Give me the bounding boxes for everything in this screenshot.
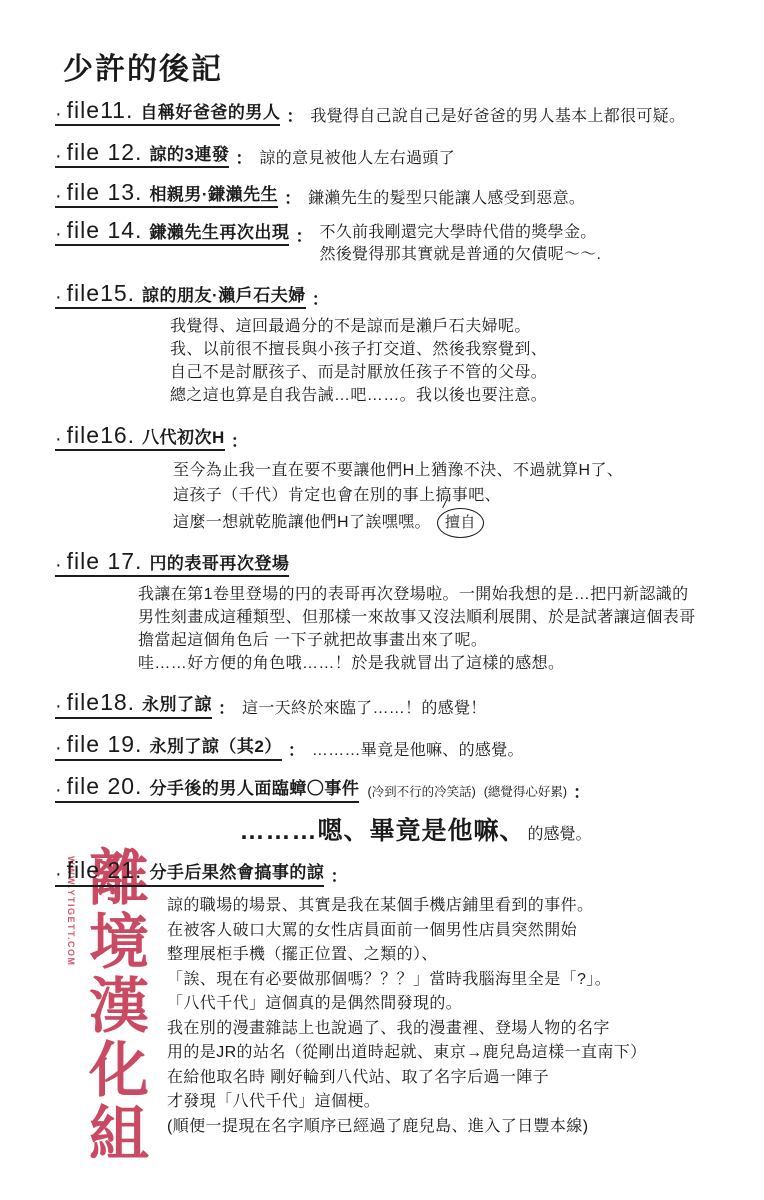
bullet-icon: · bbox=[55, 696, 62, 716]
entry-file11: · file11. 自稱好爸爸的男人 ： 我覺得自己說自己是好爸爸的男人基本上都… bbox=[55, 98, 736, 127]
bullet-icon: · bbox=[55, 224, 62, 244]
entry-file13: · file 13. 相親男·鎌瀨先生 ： 鎌瀨先生的髮型只能讓人感受到惡意。 bbox=[55, 180, 736, 209]
entry-file18: · file18. 永別了諒 ： 這一天終於來臨了……！的感覺！ bbox=[55, 690, 736, 719]
bullet-icon: · bbox=[55, 287, 62, 307]
comment-line: 不久前我剛還完大學時代借的獎學金。 bbox=[319, 222, 601, 244]
paragraph-line: 整理展柜手機（擺正位置、之類的）、 bbox=[167, 943, 736, 968]
colon: ： bbox=[312, 285, 329, 310]
entry-comment: ………畢竟是他嘛、的感覺。 bbox=[312, 737, 524, 760]
bullet-icon: · bbox=[55, 555, 62, 575]
file-label: file 14. bbox=[67, 218, 143, 243]
entry-paragraph: 我讓在第1卷里登場的円的表哥再次登場啦。一開始我想的是…把円新認識的 男性刻畫成… bbox=[138, 583, 736, 675]
entry-subtitle: 永別了諒（其2） bbox=[149, 732, 281, 757]
colon: ： bbox=[286, 102, 303, 127]
entry-file12: · file 12. 諒的3連發 ： 諒的意見被他人左右過頭了 bbox=[55, 140, 736, 169]
paragraph-line: 在被客人破口大罵的女性店員面前一個男性店員突然開始 bbox=[167, 919, 736, 944]
entry-heading: · file 20. 分手後的男人面臨蟑〇事件 bbox=[55, 774, 359, 802]
entry-big-comment: ………嗯、畢竟是他嘛、的感覺。 bbox=[155, 811, 676, 847]
colon: ： bbox=[218, 694, 235, 719]
paragraph-line: 男性刻畫成這種類型、但那樣一來故事又沒法順利展開、於是試著讓這個表哥 bbox=[138, 606, 736, 629]
bullet-icon: · bbox=[55, 738, 62, 758]
entry-comment: 諒的意見被他人左右過頭了 bbox=[259, 145, 455, 168]
colon: ： bbox=[295, 222, 312, 247]
bullet-icon: · bbox=[55, 864, 62, 884]
paragraph-line: 我覺得、這回最過分的不是諒而是瀨戶石夫婦呢。 bbox=[170, 315, 736, 338]
paragraph-line: 哇……好方便的角色哦……！於是我就冒出了這樣的感想。 bbox=[138, 652, 736, 675]
paragraph-line: 這麼一想就乾脆讓他們H了誒嘿嘿。擅自 bbox=[173, 508, 736, 538]
colon: ： bbox=[231, 427, 248, 452]
paragraph-line: 諒的職場的場景、其實是我在某個手機店鋪里看到的事件。 bbox=[167, 894, 736, 919]
paragraph-line: 自己不是討厭孩子、而是討厭放任孩子不管的父母。 bbox=[170, 361, 736, 384]
paragraph-line: 至今為止我一直在要不要讓他們H上猶豫不決、不過就算H了、 bbox=[173, 458, 736, 483]
paragraph-line: (順便一提現在名字順序已經過了鹿兒島、進入了日豐本線) bbox=[167, 1115, 736, 1140]
paragraph-line: 擔當起這個角色后 一下子就把故事畫出來了呢。 bbox=[138, 629, 736, 652]
file-label: file15. bbox=[67, 281, 135, 306]
paragraph-line: 總之這也算是自我告誡…吧……。我以後也要注意。 bbox=[170, 384, 736, 407]
file-label: file 12. bbox=[67, 140, 143, 165]
paragraph-line: 我在別的漫畫雜誌上也說過了、我的漫畫裡、登場人物的名字 bbox=[167, 1017, 736, 1042]
file-label: file11. bbox=[67, 98, 134, 123]
entry-comment: 不久前我剛還完大學時代借的獎學金。 然後覺得那其實就是普通的欠債呢～～. bbox=[319, 222, 601, 266]
afterword-page: WWW.YTIGETT.COM 離境漢化組 少許的後記 · file11. 自稱… bbox=[0, 0, 764, 1200]
colon: ： bbox=[288, 736, 305, 761]
file-label: file 20. bbox=[67, 774, 143, 799]
paragraph-line: 才發現「八代千代」這個梗。 bbox=[167, 1090, 736, 1115]
bullet-icon: · bbox=[55, 104, 62, 124]
colon: ： bbox=[284, 184, 301, 209]
entry-heading: · file15. 諒的朋友·瀨戶石夫婦 bbox=[55, 281, 306, 309]
paragraph-line: 我、以前很不擅長與小孩子打交道、然後我察覺到、 bbox=[170, 338, 736, 361]
paragraph-line: 「誒、現在有必要做那個嗎？？？」當時我腦海里全是「?」。 bbox=[167, 968, 736, 993]
entry-subtitle: 分手後的男人面臨蟑〇事件 bbox=[149, 774, 359, 799]
big-text: ………嗯、畢竟是他嘛、 bbox=[239, 817, 525, 845]
entry-file17: · file 17. 円的表哥再次登場 我讓在第1卷里登場的円的表哥再次登場啦。… bbox=[55, 549, 736, 675]
entry-heading: · file 19. 永別了諒（其2） bbox=[55, 732, 282, 760]
file-label: file 19. bbox=[67, 732, 143, 757]
colon: ： bbox=[235, 144, 252, 169]
entry-subtitle: 相親男·鎌瀨先生 bbox=[149, 180, 278, 205]
entry-file14: · file 14. 鎌瀨先生再次出現 ： 不久前我剛還完大學時代借的獎學金。 … bbox=[55, 218, 736, 266]
file-label: file 17. bbox=[67, 549, 143, 574]
entry-comment: 我覺得自己說自己是好爸爸的男人基本上都很可疑。 bbox=[310, 103, 685, 126]
entry-heading: · file 21. 分手后果然會搞事的諒 bbox=[55, 858, 324, 886]
entry-file20: · file 20. 分手後的男人面臨蟑〇事件 (冷到不行的冷笑話) (總覺得心… bbox=[55, 774, 736, 847]
entry-subtitle: 分手后果然會搞事的諒 bbox=[149, 858, 324, 883]
entry-heading: · file 12. 諒的3連發 bbox=[55, 140, 229, 168]
file-label: file 21. bbox=[67, 858, 143, 883]
entry-comment: 這一天終於來臨了……！的感覺！ bbox=[242, 695, 487, 718]
bullet-icon: · bbox=[55, 780, 62, 800]
entry-heading: · file16. 八代初次H bbox=[55, 423, 225, 451]
entry-note: (總覺得心好累) bbox=[484, 782, 567, 800]
file-label: file18. bbox=[67, 690, 135, 715]
comment-line: 然後覺得那其實就是普通的欠債呢～～. bbox=[319, 244, 601, 266]
entry-subtitle: 諒的3連發 bbox=[149, 140, 229, 165]
paragraph-line: 在給他取名時 剛好輪到八代站、取了名字后過一陣子 bbox=[167, 1066, 736, 1091]
entry-note: (冷到不行的冷笑話) bbox=[367, 782, 475, 800]
entry-heading: · file 14. 鎌瀨先生再次出現 bbox=[55, 218, 289, 246]
paragraph-line: 用的是JR的站名（從剛出道時起就、東京→鹿兒島這樣一直南下） bbox=[167, 1041, 736, 1066]
entry-heading: · file 17. 円的表哥再次登場 bbox=[55, 549, 289, 577]
page-title: 少許的後記 bbox=[63, 44, 736, 88]
entry-subtitle: 諒的朋友·瀨戶石夫婦 bbox=[142, 281, 306, 306]
file-label: file16. bbox=[67, 423, 135, 448]
bullet-icon: · bbox=[55, 429, 62, 449]
entry-file15: · file15. 諒的朋友·瀨戶石夫婦 ： 我覺得、這回最過分的不是諒而是瀨戶… bbox=[55, 281, 736, 407]
entry-subtitle: 円的表哥再次登場 bbox=[149, 549, 289, 574]
big-text-suffix: 的感覺。 bbox=[528, 826, 592, 843]
entry-subtitle: 永別了諒 bbox=[142, 690, 212, 715]
entry-comment: 鎌瀨先生的髮型只能讓人感受到惡意。 bbox=[308, 185, 585, 208]
entry-file21: · file 21. 分手后果然會搞事的諒 ： 諒的職場的場景、其實是我在某個手… bbox=[55, 858, 736, 1139]
paragraph-line: 我讓在第1卷里登場的円的表哥再次登場啦。一開始我想的是…把円新認識的 bbox=[138, 583, 736, 606]
colon: ： bbox=[573, 778, 590, 803]
entry-file19: · file 19. 永別了諒（其2） ： ………畢竟是他嘛、的感覺。 bbox=[55, 732, 736, 761]
entry-heading: · file11. 自稱好爸爸的男人 bbox=[55, 98, 280, 126]
entry-paragraph: 我覺得、這回最過分的不是諒而是瀨戶石夫婦呢。 我、以前很不擅長與小孩子打交道、然… bbox=[170, 315, 736, 407]
paragraph-line: 「八代千代」這個真的是偶然間發現的。 bbox=[167, 992, 736, 1017]
entry-paragraph: 諒的職場的場景、其實是我在某個手機店鋪里看到的事件。 在被客人破口大罵的女性店員… bbox=[167, 894, 736, 1139]
entry-heading: · file18. 永別了諒 bbox=[55, 690, 212, 718]
paragraph-text: 這麼一想就乾脆讓他們H了誒嘿嘿。 bbox=[173, 514, 431, 531]
file-label: file 13. bbox=[67, 180, 143, 205]
entry-subtitle: 八代初次H bbox=[142, 423, 225, 448]
entry-subtitle: 鎌瀨先生再次出現 bbox=[149, 218, 289, 243]
entry-paragraph: 至今為止我一直在要不要讓他們H上猶豫不決、不過就算H了、 這孩子（千代）肯定也會… bbox=[173, 458, 736, 538]
colon: ： bbox=[330, 862, 347, 887]
speech-bubble: 擅自 bbox=[437, 508, 484, 538]
entry-subtitle: 自稱好爸爸的男人 bbox=[140, 98, 280, 123]
bullet-icon: · bbox=[55, 146, 62, 166]
paragraph-line: 這孩子（千代）肯定也會在別的事上搞事吧、 bbox=[173, 483, 736, 508]
bullet-icon: · bbox=[55, 186, 62, 206]
entry-file16: · file16. 八代初次H ： 至今為止我一直在要不要讓他們H上猶豫不決、不… bbox=[55, 423, 736, 538]
entry-heading: · file 13. 相親男·鎌瀨先生 bbox=[55, 180, 278, 208]
